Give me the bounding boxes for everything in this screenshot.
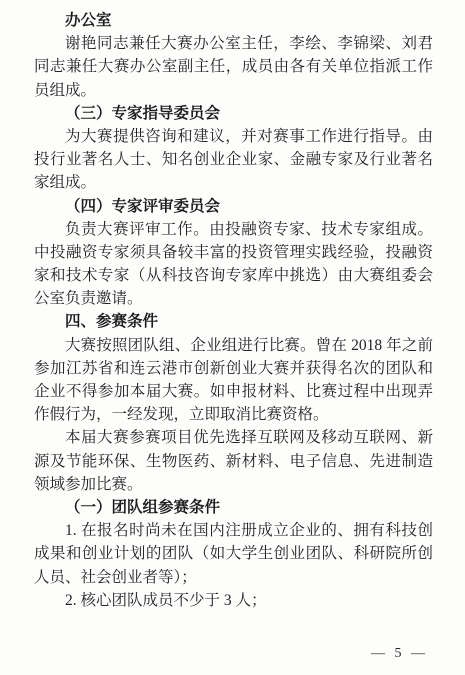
doc-line: 为大赛提供咨询和建议，并对赛事工作进行指导。由创 [34,125,433,148]
doc-line: 企业不得参加本届大赛。如申报材料、比赛过程中出现弄虚 [34,380,433,403]
doc-line: 家和技术专家（从科技咨询专家库中挑选）由大赛组委会办 [34,264,433,287]
section-heading: 办公室 [34,9,433,32]
doc-line: 成果和创业计划的团队（如大学生创业团队、科研院所创业 [34,542,433,565]
page-number: — 5 — [371,646,428,662]
section-heading: （三）专家指导委员会 [34,102,433,125]
doc-line: 谢艳同志兼任大赛办公室主任，李绘、李锦梁、刘君远 [34,32,433,55]
doc-line: 公室负责邀请。 [34,287,433,310]
doc-line: 同志兼任大赛办公室副主任，成员由各有关单位指派工作人 [34,55,433,78]
doc-line: 中投融资专家须具备较丰富的投资管理实践经验，投融资专 [34,241,433,264]
doc-line: 作假行为，一经发现，立即取消比赛资格。 [34,403,433,426]
doc-line: 源及节能环保、生物医药、新材料、电子信息、先进制造等 [34,450,433,473]
doc-line: 人员、社会创业者等）； [34,566,433,589]
document-body: 办公室 谢艳同志兼任大赛办公室主任，李绘、李锦梁、刘君远 同志兼任大赛办公室副主… [34,9,433,612]
doc-line: 家组成。 [34,171,433,194]
doc-line: 投行业著名人士、知名创业企业家、金融专家及行业著名专 [34,148,433,171]
section-heading: （一）团队组参赛条件 [34,496,433,519]
doc-line: 领域参加比赛。 [34,473,433,496]
doc-line: 负责大赛评审工作。由投融资专家、技术专家组成。其 [34,218,433,241]
doc-line: 本届大赛参赛项目优先选择互联网及移动互联网、新能 [34,426,433,449]
doc-line: 参加江苏省和连云港市创新创业大赛并获得名次的团队和 [34,357,433,380]
section-heading: 四、参赛条件 [34,310,433,333]
doc-line: 员组成。 [34,79,433,102]
doc-line: 2. 核心团队成员不少于 3 人； [34,589,433,612]
document-page: 办公室 谢艳同志兼任大赛办公室主任，李绘、李锦梁、刘君远 同志兼任大赛办公室副主… [0,0,465,675]
section-heading: （四）专家评审委员会 [34,195,433,218]
doc-line: 1. 在报名时尚未在国内注册成立企业的、拥有科技创新 [34,519,433,542]
doc-line: 大赛按照团队组、企业组进行比赛。曾在 2018 年之前 [34,334,433,357]
